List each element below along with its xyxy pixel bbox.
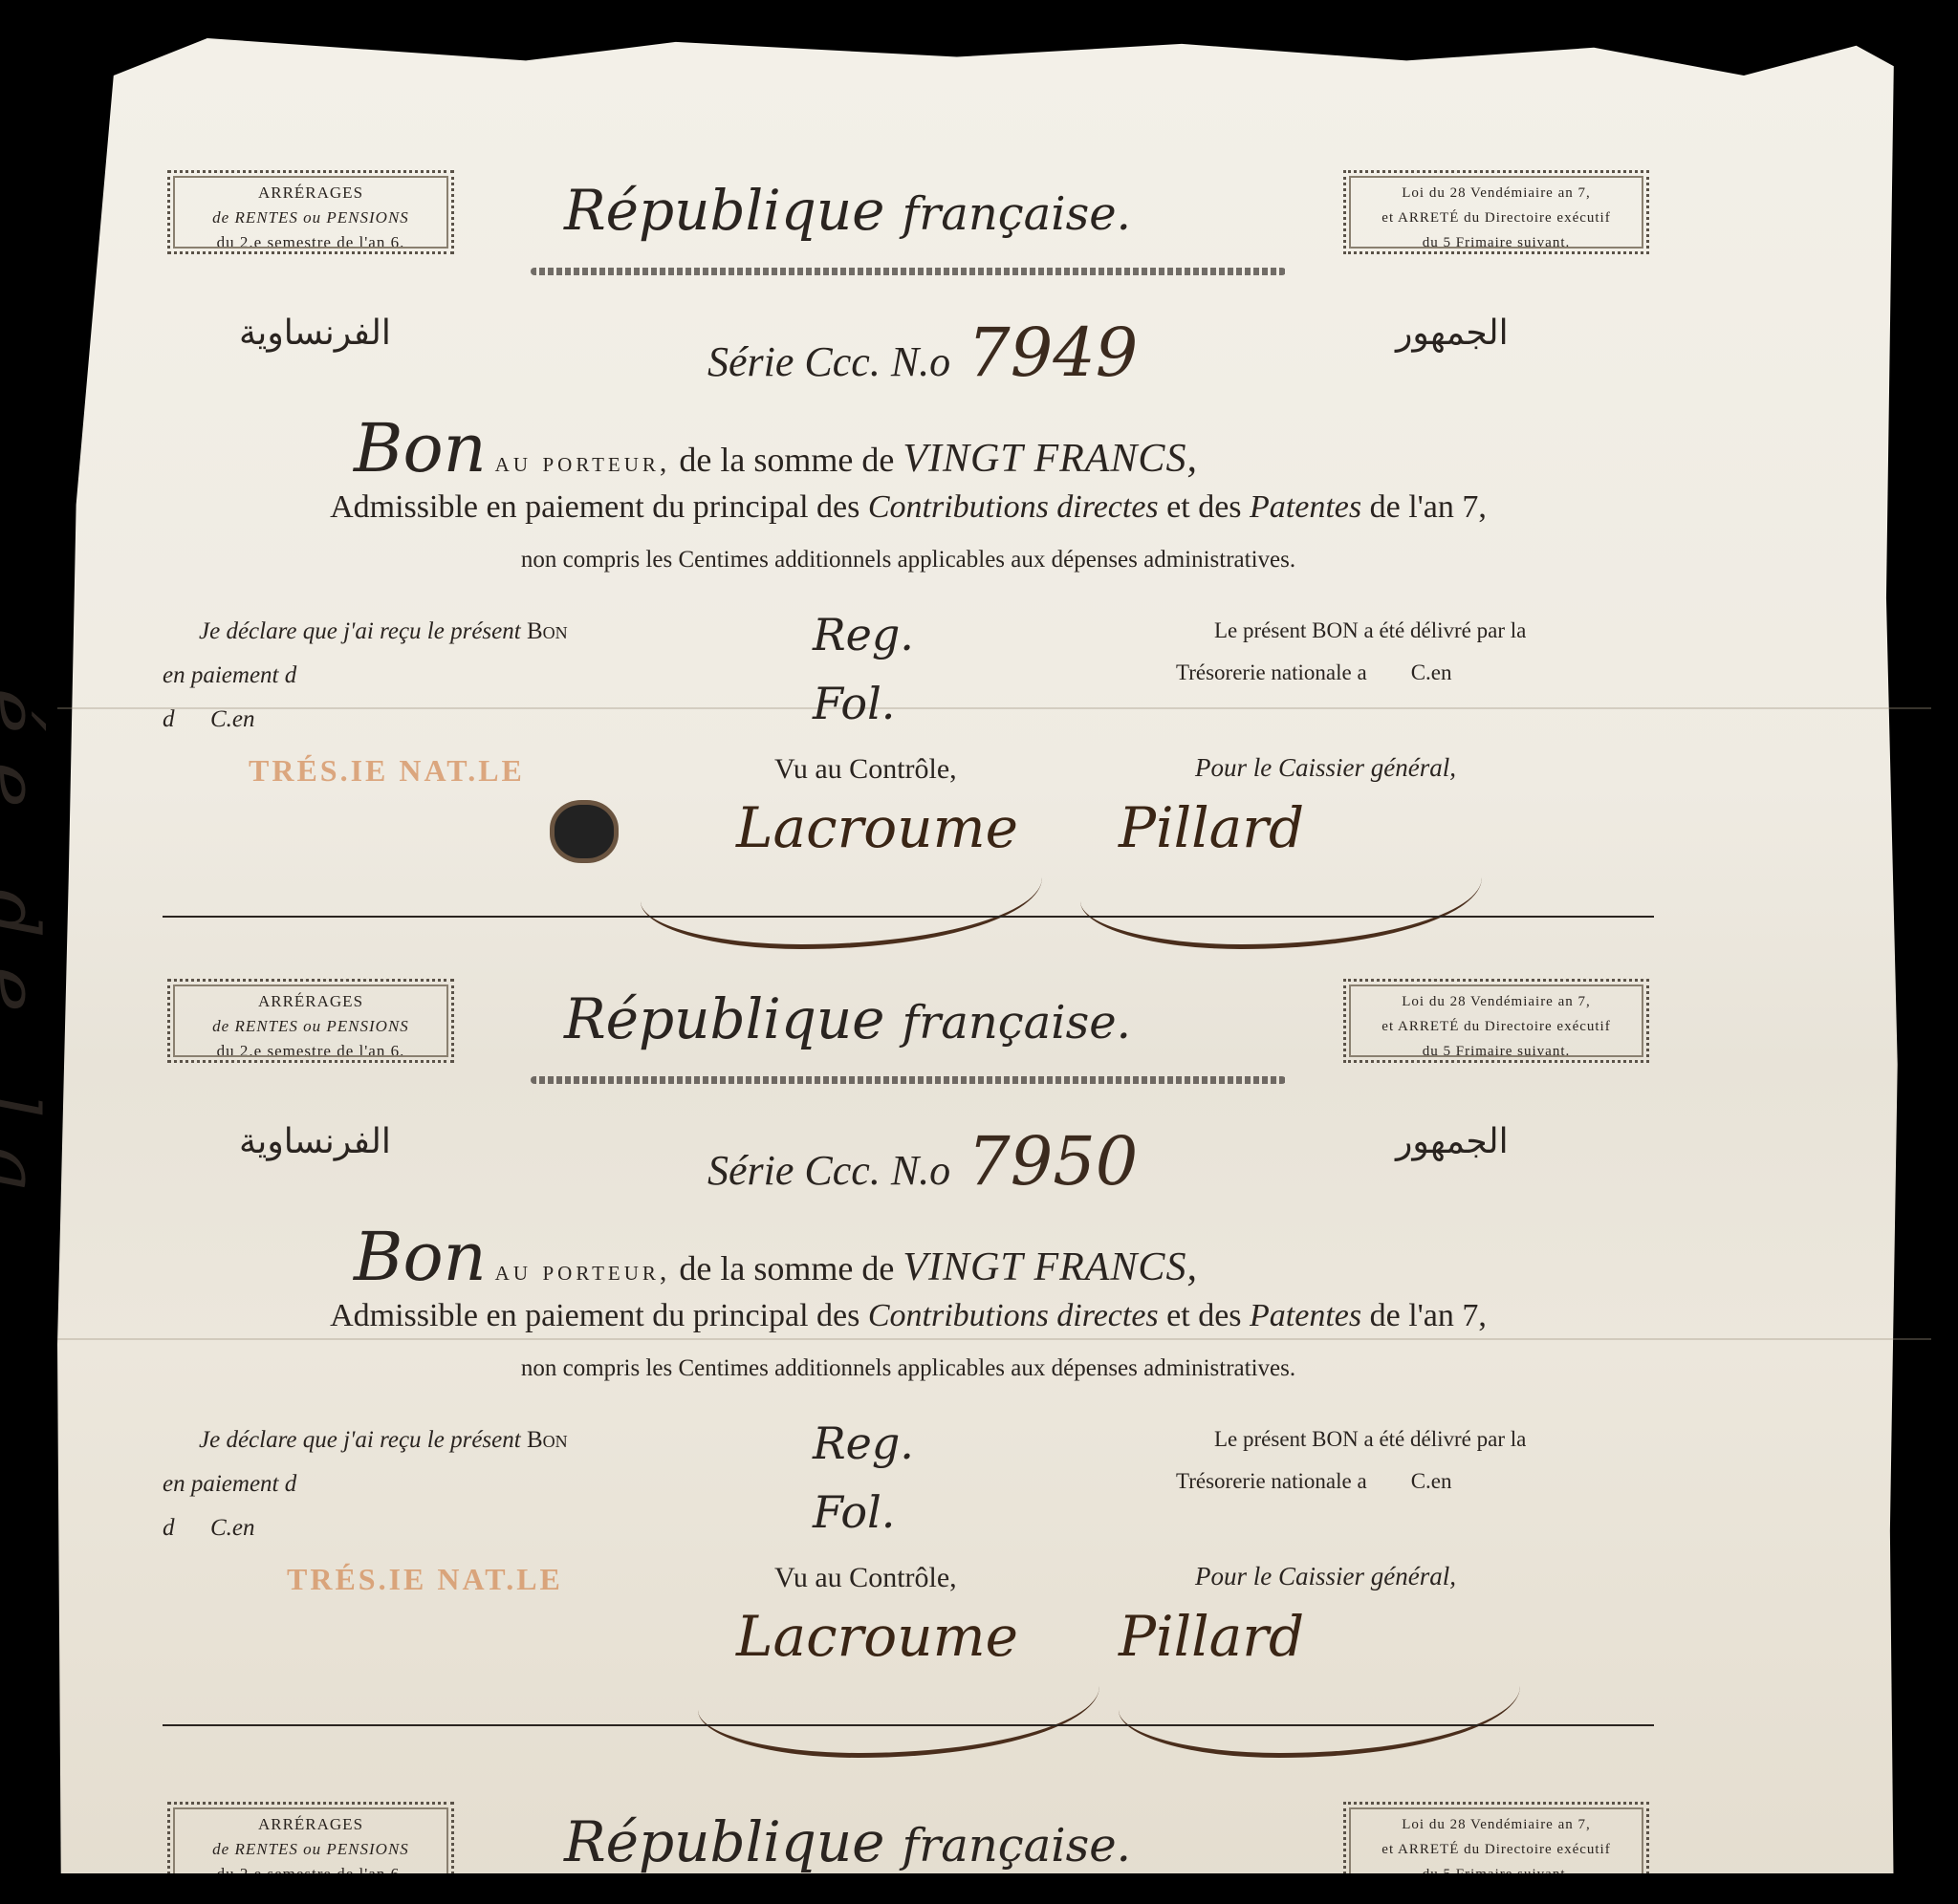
admis-patentes: Patentes bbox=[1250, 489, 1361, 525]
cartouche-line: ARRÉRAGES bbox=[170, 1812, 451, 1837]
serie-line: Série Ccc. N.o7950 bbox=[707, 1122, 1138, 1201]
cartouche-line: et ARRETÉ du Directoire exécutif bbox=[1346, 1014, 1646, 1039]
decl-bon: Bon bbox=[527, 618, 568, 644]
reg-fol: Reg. Fol. bbox=[813, 1409, 914, 1547]
cartouche-loi: Loi du 28 Vendémiaire an 7, et ARRETÉ du… bbox=[1343, 170, 1649, 254]
cartouche-line: Loi du 28 Vendémiaire an 7, bbox=[1346, 1812, 1646, 1837]
title-main: République bbox=[564, 178, 885, 243]
arabic-text-right: الجمهور bbox=[1396, 1122, 1509, 1161]
pour-caissier: Pour le Caissier général, bbox=[1195, 1562, 1456, 1591]
bon-word: Bon bbox=[354, 409, 487, 487]
title-francaise: française. bbox=[903, 1819, 1131, 1872]
cartouche-line: et ARRETÉ du Directoire exécutif bbox=[1346, 1837, 1646, 1862]
porteur: au porteur, bbox=[495, 446, 671, 478]
vu-controle: Vu au Contrôle, bbox=[774, 753, 957, 786]
delivre-text: Le présent BON a été délivré par la bbox=[1176, 1418, 1654, 1460]
admis-patentes: Patentes bbox=[1250, 1298, 1361, 1333]
amount: VINGT FRANCS, bbox=[903, 1245, 1198, 1289]
porteur: au porteur, bbox=[495, 1255, 671, 1287]
admis-text: de l'an 7, bbox=[1370, 1298, 1487, 1333]
coupon-1: ARRÉRAGES de RENTES ou PENSIONS du 2.e s… bbox=[163, 170, 1654, 973]
separator-rule bbox=[163, 916, 1654, 918]
arabic-text-left: الفرنساوية bbox=[239, 1122, 391, 1161]
title: Républiquefrançaise. bbox=[564, 178, 1131, 243]
serial-number: 7950 bbox=[968, 1122, 1138, 1201]
cartouche-line: ARRÉRAGES bbox=[170, 989, 451, 1014]
cartouche-line: du 2.e semestre de l'an 6. bbox=[170, 1039, 451, 1064]
delivre: Le présent BON a été délivré par la Trés… bbox=[1176, 610, 1654, 694]
signature-flourish bbox=[1119, 1638, 1520, 1758]
arabic-text-right: الجمهور bbox=[1396, 314, 1509, 353]
reg-label: Reg. bbox=[813, 1409, 914, 1478]
signature-flourish bbox=[698, 1638, 1099, 1758]
non-compris-line: non compris les Centimes additionnels ap… bbox=[163, 547, 1654, 573]
amount: VINGT FRANCS, bbox=[903, 437, 1198, 481]
decl-bon: Bon bbox=[527, 1427, 568, 1453]
title: Républiquefrançaise. bbox=[564, 986, 1131, 1051]
admis-contributions: Contributions directes bbox=[868, 489, 1159, 525]
bon-line: Bon au porteur, de la somme de VINGT FRA… bbox=[354, 1218, 1198, 1296]
declaration: Je déclare que j'ai reçu le présent Bon … bbox=[163, 1418, 698, 1550]
margin-text: ée de la bbox=[0, 688, 55, 1221]
fol-label: Fol. bbox=[813, 669, 914, 738]
coupon-2: ARRÉRAGES de RENTES ou PENSIONS du 2.e s… bbox=[163, 979, 1654, 1782]
cartouche-line: ARRÉRAGES bbox=[170, 181, 451, 206]
title: Républiquefrançaise. bbox=[564, 1809, 1131, 1874]
somme: de la somme de bbox=[679, 441, 894, 479]
decl-text: Je déclare que j'ai reçu le présent bbox=[199, 1427, 521, 1453]
treasury-stamp: TRÉS.IE NAT.LE bbox=[287, 1562, 563, 1597]
signature-flourish bbox=[641, 830, 1042, 949]
title-francaise: française. bbox=[903, 996, 1131, 1049]
cartouche-line: de RENTES ou PENSIONS bbox=[170, 206, 451, 230]
cartouche-line: de RENTES ou PENSIONS bbox=[170, 1837, 451, 1862]
decl-text: en paiement d bbox=[163, 654, 698, 698]
cartouche-line: et ARRETÉ du Directoire exécutif bbox=[1346, 206, 1646, 230]
admis-text: Admissible en paiement du principal des bbox=[330, 489, 859, 525]
admissible-line: Admissible en paiement du principal des … bbox=[163, 489, 1654, 526]
decl-text: Je déclare que j'ai reçu le présent bbox=[199, 618, 521, 644]
cartouche-line: du 5 Frimaire suivant. bbox=[1346, 230, 1646, 255]
somme: de la somme de bbox=[679, 1249, 894, 1287]
delivre-text: Trésorerie nationale a C.en bbox=[1176, 1460, 1654, 1503]
admis-text: et des bbox=[1166, 489, 1241, 525]
title-francaise: française. bbox=[903, 187, 1131, 241]
cartouche-line: Loi du 28 Vendémiaire an 7, bbox=[1346, 989, 1646, 1014]
fol-label: Fol. bbox=[813, 1478, 914, 1547]
cartouche-line: du 5 Frimaire suivant. bbox=[1346, 1039, 1646, 1064]
serial-number: 7949 bbox=[968, 314, 1138, 392]
admissible-line: Admissible en paiement du principal des … bbox=[163, 1298, 1654, 1334]
cartouche-line: Loi du 28 Vendémiaire an 7, bbox=[1346, 181, 1646, 206]
cartouche-arrerages: ARRÉRAGES de RENTES ou PENSIONS du 2.e s… bbox=[167, 170, 454, 254]
cartouche-line: du 2.e semestre de l'an 6. bbox=[170, 230, 451, 255]
title-main: République bbox=[564, 1809, 885, 1874]
serie-line: Série Ccc. N.o7949 bbox=[707, 314, 1138, 392]
non-compris-line: non compris les Centimes additionnels ap… bbox=[163, 1355, 1654, 1382]
title-main: République bbox=[564, 986, 885, 1051]
admis-text: et des bbox=[1166, 1298, 1241, 1333]
bon-word: Bon bbox=[354, 1218, 487, 1296]
bottom-border bbox=[0, 1873, 1958, 1904]
admis-text: Admissible en paiement du principal des bbox=[330, 1298, 859, 1333]
pour-caissier: Pour le Caissier général, bbox=[1195, 753, 1456, 783]
separator-rule bbox=[163, 1724, 1654, 1726]
arabic-text-left: الفرنساوية bbox=[239, 314, 391, 353]
serie-label: Série Ccc. N.o bbox=[707, 1147, 950, 1194]
declaration: Je déclare que j'ai reçu le présent Bon … bbox=[163, 610, 698, 742]
reg-fol: Reg. Fol. bbox=[813, 600, 914, 738]
reg-label: Reg. bbox=[813, 600, 914, 669]
cartouche-arrerages: ARRÉRAGES de RENTES ou PENSIONS du 2.e s… bbox=[167, 979, 454, 1063]
signature-flourish bbox=[1080, 830, 1482, 949]
vu-controle: Vu au Contrôle, bbox=[774, 1562, 957, 1594]
delivre-text: Le présent BON a été délivré par la bbox=[1176, 610, 1654, 652]
cartouche-loi: Loi du 28 Vendémiaire an 7, et ARRETÉ du… bbox=[1343, 979, 1649, 1063]
ornamental-rule bbox=[531, 268, 1286, 275]
delivre: Le présent BON a été délivré par la Trés… bbox=[1176, 1418, 1654, 1503]
treasury-stamp: TRÉS.IE NAT.LE bbox=[249, 753, 525, 789]
admis-text: de l'an 7, bbox=[1370, 489, 1487, 525]
delivre-text: Trésorerie nationale a C.en bbox=[1176, 652, 1654, 694]
bon-line: Bon au porteur, de la somme de VINGT FRA… bbox=[354, 409, 1198, 487]
decl-text: en paiement d bbox=[163, 1462, 698, 1506]
decl-text: d C.en bbox=[163, 698, 698, 742]
decl-text: d C.en bbox=[163, 1506, 698, 1550]
serie-label: Série Ccc. N.o bbox=[707, 338, 950, 385]
burn-hole bbox=[555, 805, 614, 858]
admis-contributions: Contributions directes bbox=[868, 1298, 1159, 1333]
ornamental-rule bbox=[531, 1076, 1286, 1084]
cartouche-line: de RENTES ou PENSIONS bbox=[170, 1014, 451, 1039]
